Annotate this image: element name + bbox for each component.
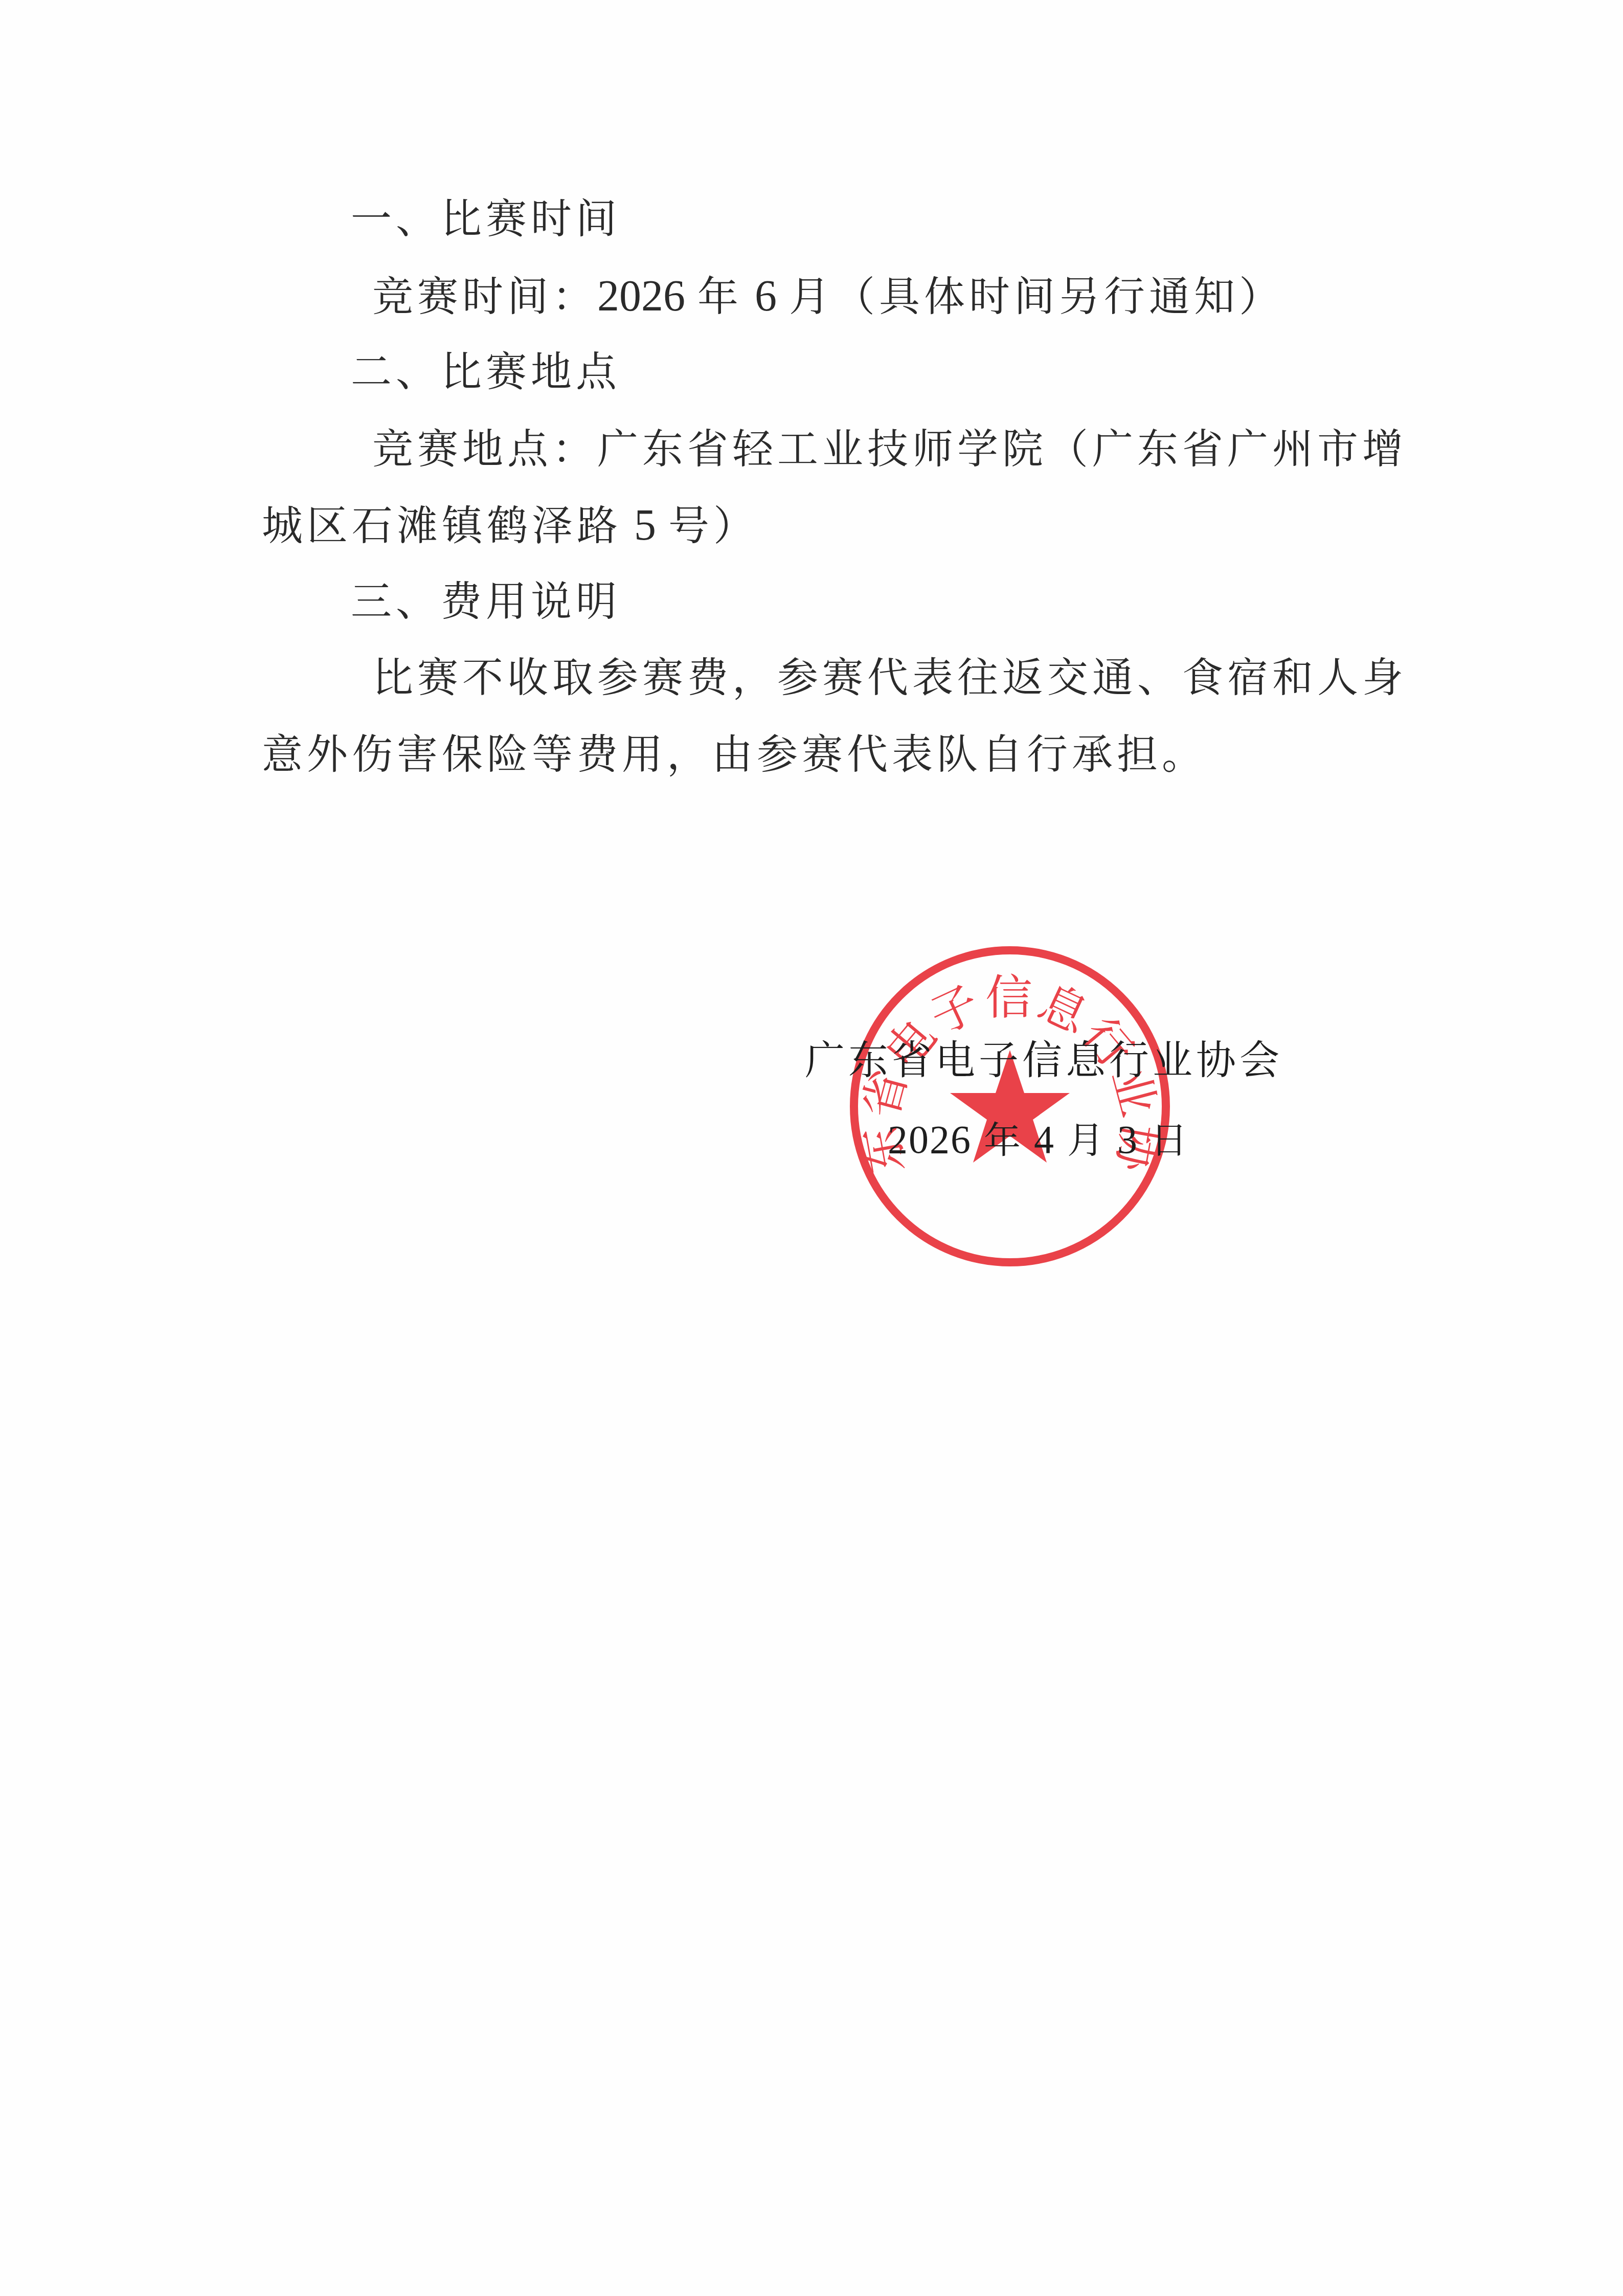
signing-date: 2026年4月3日 (888, 1114, 1188, 1166)
address-suffix: 号） (668, 502, 758, 549)
date-day-unit: 日 (1151, 1119, 1188, 1162)
official-seal: 广东省电子信息行业协会 (846, 943, 1174, 1270)
signing-organization: 广东省电子信息行业协会 (805, 1035, 1283, 1086)
document-page: 一、比赛时间 竞赛时间：2026 年 6 月（具体时间另行通知） 二、比赛地点 … (0, 0, 1623, 2296)
date-year: 2026 (888, 1117, 972, 1162)
competition-time-label: 竞赛时间： (372, 273, 597, 320)
competition-time-paragraph: 竞赛时间：2026 年 6 月（具体时间另行通知） (372, 270, 1284, 321)
competition-time-note: （具体时间另行通知） (834, 273, 1284, 320)
section-heading-location: 二、比赛地点 (351, 346, 621, 397)
address-number: 5 (634, 500, 656, 549)
date-month: 4 (1034, 1117, 1055, 1162)
fees-paragraph-line-1: 比赛不收取参赛费，参赛代表往返交通、食宿和人身 (372, 652, 1407, 703)
month-unit: 月 (789, 273, 834, 320)
address-text: 城区石滩镇鹤泽路 (262, 502, 622, 549)
fees-paragraph-line-2: 意外伤害保险等费用，由参赛代表队自行承担。 (262, 729, 1207, 780)
year-unit: 年 (697, 273, 742, 320)
date-year-unit: 年 (984, 1119, 1022, 1162)
date-day: 3 (1117, 1117, 1138, 1162)
competition-month: 6 (755, 271, 777, 320)
competition-year: 2026 (597, 271, 685, 320)
competition-location-line-1: 竞赛地点：广东省轻工业技师学院（广东省广州市增 (372, 423, 1407, 475)
competition-location-line-2: 城区石滩镇鹤泽路 5 号） (262, 499, 758, 550)
section-heading-fees: 三、费用说明 (351, 576, 621, 627)
date-month-unit: 月 (1067, 1119, 1105, 1162)
section-heading-time: 一、比赛时间 (351, 193, 621, 244)
